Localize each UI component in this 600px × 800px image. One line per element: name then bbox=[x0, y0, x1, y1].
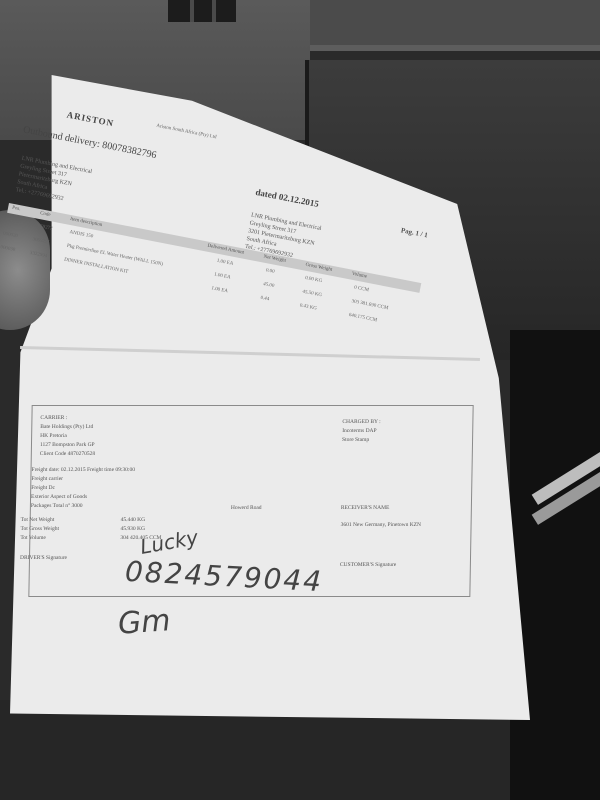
freight-line: Freight carrier bbox=[31, 475, 135, 484]
freight-line: Freight date: 02.12.2015 Freight time 09… bbox=[31, 466, 135, 475]
customer-signature-label: CUSTOMER'S Signature bbox=[340, 561, 397, 570]
freight-line: Freight Dc bbox=[31, 484, 135, 493]
air-vent bbox=[168, 0, 236, 22]
road-label: Howerd Road bbox=[231, 504, 262, 513]
background-panel bbox=[310, 0, 600, 51]
freight-line: Exterior Aspect of Goods bbox=[31, 493, 135, 502]
total-label: Tot Gross Weight bbox=[20, 525, 100, 534]
carrier-line: Bate Holdings (Pty) Ltd bbox=[40, 423, 95, 432]
jacket-sleeve bbox=[510, 330, 600, 800]
col-pos: Pos. bbox=[11, 204, 21, 215]
handwritten-signature: Gm bbox=[117, 603, 172, 642]
carrier-line: HK Pretoria bbox=[40, 432, 95, 441]
receiver-address: 3601 New Germany, Pinetown KZN bbox=[340, 521, 421, 530]
total-label: Tot Volume bbox=[20, 534, 100, 543]
freight-line: Packages Total n° 3000 bbox=[31, 502, 135, 511]
driver-signature-label: DRIVER'S Signature bbox=[20, 554, 67, 563]
charged-line: Incoterms DAP bbox=[342, 427, 380, 436]
charged-line: Store Stamp bbox=[342, 436, 380, 445]
freight-block: Freight date: 02.12.2015 Freight time 09… bbox=[31, 466, 135, 511]
total-value: 45.440 KG bbox=[121, 516, 146, 525]
total-label: Tot Net Weight bbox=[21, 516, 101, 525]
carrier-block: CARRIER : Bate Holdings (Pty) Ltd HK Pre… bbox=[40, 414, 96, 459]
charged-by-block: CHARGED BY : Incoterms DAP Store Stamp bbox=[342, 418, 381, 445]
charged-line: CHARGED BY : bbox=[342, 418, 380, 427]
receiver-name-label: RECEIVER'S NAME bbox=[341, 504, 390, 513]
col-code: Code bbox=[39, 209, 51, 221]
carrier-line: Client Code 4870270528 bbox=[40, 450, 95, 459]
carrier-line: CARRIER : bbox=[40, 414, 95, 423]
carrier-line: 1127 Bompston Park GP bbox=[40, 441, 95, 450]
total-value: 45.930 KG bbox=[120, 525, 145, 534]
